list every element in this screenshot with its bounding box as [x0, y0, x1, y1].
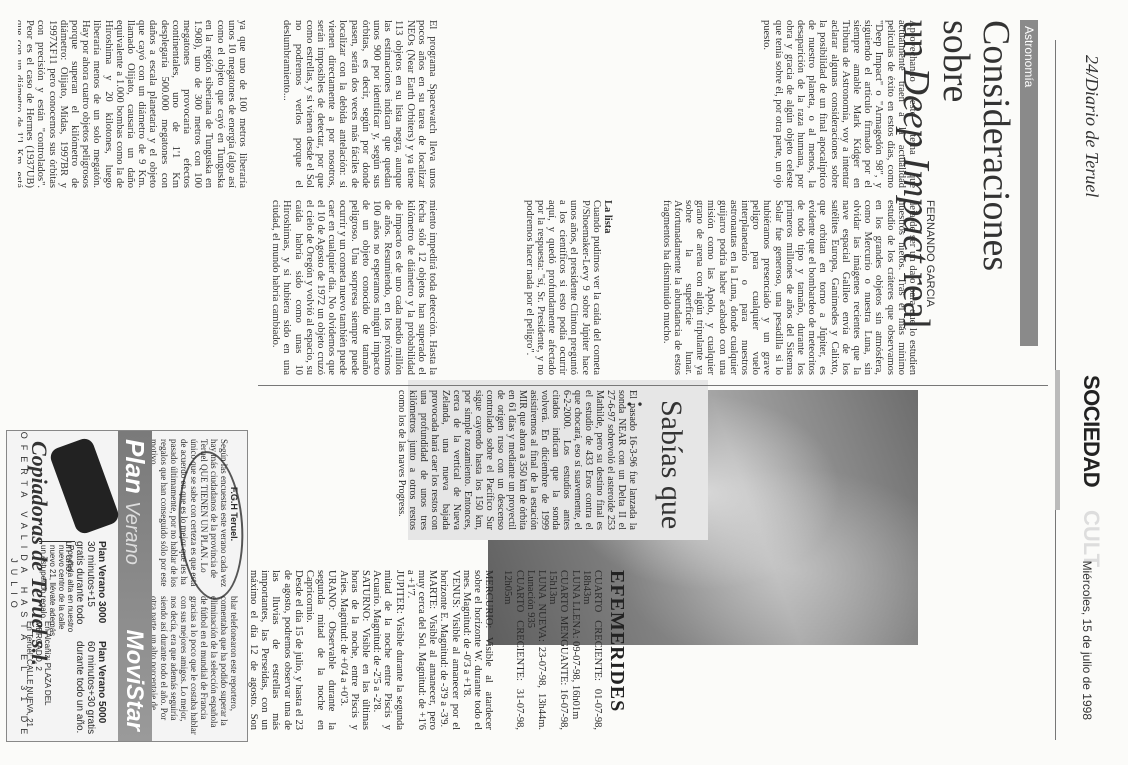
ad-note-text-2: blar telefonearon este reportero, coment…: [139, 596, 239, 736]
efem-entry: CUARTO MENGUANTE: 16-07-98, 15h13m: [547, 570, 569, 730]
efem-entry: MERCURIO: Visible al atardecer sobre el …: [461, 570, 495, 730]
efem-entry: LUNA NUEVA: 23-07-98, 13h44m. Lunación 9…: [525, 570, 547, 730]
efemerides-column: EFEMERIDES CUARTO CRECIENTE: 01-07-98, 1…: [258, 560, 1128, 750]
article-column-2: deja de ser un dato para que lo estudien…: [618, 200, 918, 375]
article-column-6: miento impedirá toda detección. Hasta la…: [8, 200, 438, 375]
efem-entry: JUPITER: Visible durante la segunda mita…: [371, 570, 405, 730]
efem-entry: CUARTO CRECIENTE: 01-07-98, 18h43m: [581, 570, 603, 730]
section-ghost: CULT: [1078, 510, 1104, 567]
plan-verano-logo: Plan Verano: [119, 439, 150, 565]
efem-entry: SATURNO: Visible en las últimas horas de…: [337, 570, 371, 730]
efem-entry: LUNA LLENA: 09-07-98, 16h01m: [569, 570, 580, 730]
ad-banner: Plan Verano MoviStar: [118, 431, 152, 741]
article-column-1: Aprovechando este tema que actualmente t…: [448, 20, 918, 188]
byline: FERNANDO GARCIA: [924, 200, 936, 307]
plan-5000: Plan Verano 5000 60 minutos+30 gratis du…: [74, 641, 107, 736]
movistar-advertisement: F.G.H Teruel. Según las encuestas este v…: [6, 430, 248, 742]
subhead: La lista: [602, 200, 613, 234]
mobile-phone-image: [48, 436, 121, 536]
offer-validity: OFERTA VALIDA HASTA EL 31 DE JULIO: [9, 431, 29, 741]
plan-3000-name: Plan Verano 3000: [96, 541, 107, 631]
section-name: SOCIEDAD: [1078, 375, 1104, 487]
dealer-address: En Alcañiz: PLAZA DEL MERCADO, 2 En Teru…: [25, 621, 52, 741]
article-column-3: La lista Cuando pudimos ver la caída del…: [443, 200, 613, 375]
column-3-text: Cuando pudimos ver la caída del cometa P…: [524, 200, 602, 375]
sidebar-text: El pasado 16-3-96 fue lanzada la sonda N…: [396, 390, 638, 530]
efem-entry: CUARTO CRECIENTE: 31-07-98, 12h05m: [502, 570, 524, 730]
plan-5000-name: Plan Verano 5000: [96, 641, 107, 736]
efem-entry: MARTE: Visible al amanecer, pero muy cer…: [405, 570, 439, 730]
ad-note-title: F.G.H Teruel.: [229, 439, 239, 589]
brand-plan: Plan: [120, 439, 150, 494]
ad-note-text: Según las encuestas este verano cada vez…: [149, 439, 229, 589]
folio: 24/Diario de Teruel: [1081, 55, 1102, 197]
article-column-5: ya que uno de 100 metros liberaría unos …: [18, 20, 248, 188]
ad-note: F.G.H Teruel. Según las encuestas este v…: [149, 439, 239, 589]
headline-line1: Consideraciones sobre: [935, 20, 1017, 271]
efemerides-title: EFEMERIDES: [605, 570, 628, 730]
article-column-4: El programa Spacewatch lleva unos pocos …: [258, 20, 438, 188]
dealer-address-alcaniz: En Alcañiz: PLAZA DEL MERCADO, 2: [34, 621, 52, 741]
column-rule: [258, 385, 1048, 386]
section-bar: [1055, 370, 1060, 510]
efem-entry: URANO: Observable durante la segunda mit…: [304, 570, 338, 730]
article-kicker: Astronomía: [1020, 20, 1038, 346]
sidebar-box: Sabías que : El pasado 16-3-96 fue lanza…: [408, 380, 708, 540]
brand-verano: Verano: [121, 501, 143, 565]
newspaper-page: 24/Diario de Teruel SOCIEDAD CULT Miérco…: [0, 0, 1128, 765]
efem-entry: VENUS: Visible al amanecer por el horizo…: [438, 570, 460, 730]
movistar-logo: MoviStar: [120, 630, 148, 731]
plan-5000-desc: 60 minutos+30 gratis durante todo un año…: [74, 641, 96, 734]
